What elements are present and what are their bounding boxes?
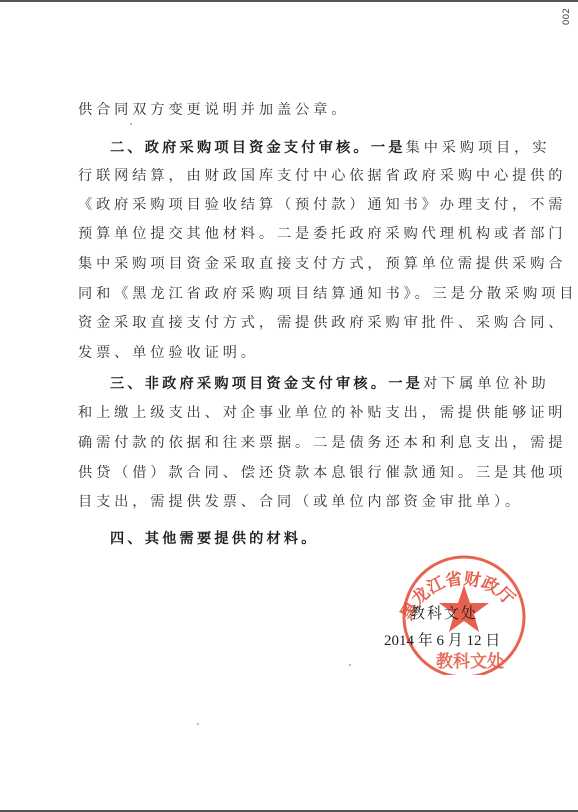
section-3-rest: 对下属单位补助 [423, 376, 550, 392]
section-3-heading: 三、非政府采购项目资金支付审核。 [110, 376, 388, 392]
signature-department: 教科文处 [410, 602, 478, 623]
section-2-rest: 集中采购项目，实 [406, 140, 551, 156]
section-3-lead: 一是 [388, 376, 423, 392]
text-line: 供贷（借）款合同、偿还贷款本息银行催款通知。三是其他项 [78, 464, 566, 482]
signature-date: 2014 年 6 月 12 日 [384, 629, 500, 650]
scan-speck [197, 723, 199, 725]
section-2-lead: 一是 [371, 140, 406, 156]
text-line: 资金采取直接支付方式，需提供政府采购审批件、采购合同、 [78, 314, 566, 332]
text-line: 目支出，需提供发票、合同（或单位内部资金审批单）。 [78, 493, 523, 511]
text-line: 确需付款的依据和往来票据。二是债务还本和利息支出，需提 [78, 434, 566, 452]
svg-text:教科文处: 教科文处 [436, 651, 504, 672]
section-4-heading-line: 四、其他需要提供的材料。 [110, 530, 319, 548]
text-line: 集中采购项目资金采取直接支付方式，预算单位需提供采购合 [78, 255, 566, 273]
text-line: 《政府采购项目验收结算（预付款）通知书》办理支付，不需 [78, 196, 566, 214]
section-3-heading-line: 三、非政府采购项目资金支付审核。一是对下属单位补助 [110, 375, 550, 393]
text-line: 供合同双方变更说明并加盖公章。 [78, 101, 349, 119]
section-4-heading: 四、其他需要提供的材料。 [110, 531, 319, 547]
text-line: 和上缴上级支出、对企事业单位的补贴支出，需提供能够证明 [78, 404, 566, 422]
page-top-border [0, 0, 578, 2]
text-line: 发票、单位验收证明。 [78, 344, 259, 362]
text-line: 行联网结算，由财政国库支付中心依据省政府采购中心提供的 [78, 167, 566, 185]
page-number: 002 [562, 8, 572, 25]
text-line: 预算单位提交其他材料。二是委托政府采购代理机构或者部门 [78, 225, 566, 243]
scan-speck [349, 664, 351, 666]
section-2-heading: 二、政府采购项目资金支付审核。 [110, 140, 371, 156]
section-2-heading-line: 二、政府采购项目资金支付审核。一是集中采购项目，实 [110, 139, 550, 157]
text-line: 同和《黑龙江省政府采购项目结算通知书》。三是分散采购项目 [78, 285, 577, 303]
scan-speck [130, 123, 132, 125]
